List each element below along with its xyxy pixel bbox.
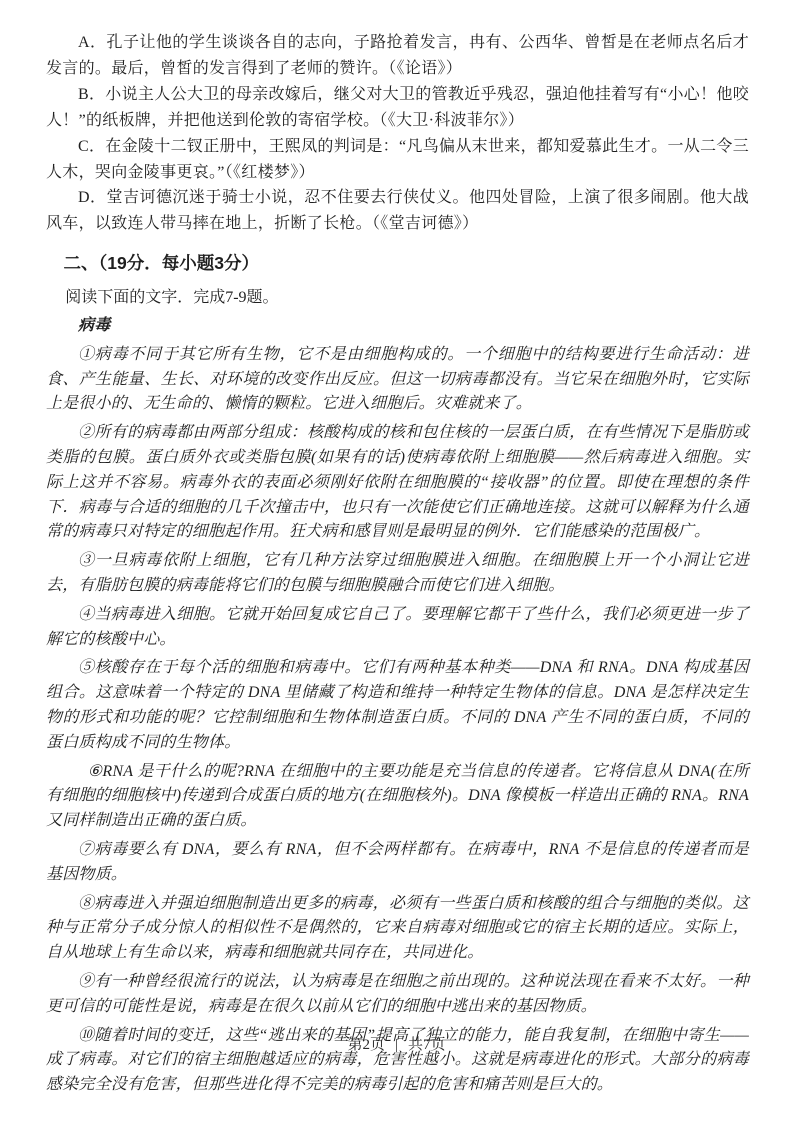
total-pages-label: 共7页 xyxy=(408,1037,446,1053)
multiple-choice-options: A．孔子让他的学生谈谈各自的志向，子路抢着发言，冉有、公西华、曾皙是在老师点名后… xyxy=(46,30,749,237)
page-content: A．孔子让他的学生谈谈各自的志向，子路抢着发言，冉有、公西华、曾皙是在老师点名后… xyxy=(0,0,793,1098)
exam-paper-page: A．孔子让他的学生谈谈各自的志向，子路抢着发言，冉有、公西华、曾皙是在老师点名后… xyxy=(0,0,793,1122)
section-heading: 二、（19分．每小题3分） xyxy=(46,250,749,276)
passage-paragraph-5: ⑤核酸存在于每个活的细胞和病毒中。它们有两种基本种类——DNA 和 RNA。DN… xyxy=(46,656,749,755)
passage-paragraph-4: ④当病毒进入细胞。它就开始回复成它自己了。要理解它都干了些什么，我们必须更进一步… xyxy=(46,603,749,653)
option-a: A．孔子让他的学生谈谈各自的志向，子路抢着发言，冉有、公西华、曾皙是在老师点名后… xyxy=(46,30,749,82)
passage-paragraph-1: ①病毒不同于其它所有生物，它不是由细胞构成的。一个细胞中的结构要进行生命活动：进… xyxy=(46,343,749,417)
current-page-label: 第2页 xyxy=(347,1037,385,1053)
option-d: D．堂吉诃德沉迷于骑士小说，忍不住要去行侠仗义。他四处冒险，上演了很多闹剧。他大… xyxy=(46,185,749,237)
passage-title: 病毒 xyxy=(46,314,749,339)
footer-separator: | xyxy=(395,1037,398,1053)
passage-paragraph-8: ⑧病毒进入并强迫细胞制造出更多的病毒，必须有一些蛋白质和核酸的组合与细胞的类似。… xyxy=(46,892,749,966)
passage-paragraph-2: ②所有的病毒都由两部分组成：核酸构成的核和包住核的一层蛋白质，在有些情况下是脂肪… xyxy=(46,421,749,545)
reading-instruction: 阅读下面的文字．完成7-9题。 xyxy=(46,285,749,311)
passage-paragraph-7: ⑦病毒要么有 DNA，要么有 RNA，但不会两样都有。在病毒中，RNA 不是信息… xyxy=(46,838,749,888)
passage-paragraph-3: ③一旦病毒依附上细胞，它有几种方法穿过细胞膜进入细胞。在细胞膜上开一个小洞让它进… xyxy=(46,549,749,599)
option-c: C．在金陵十二钗正册中，王熙凤的判词是：“凡鸟偏从末世来，都知爱慕此生才。一从二… xyxy=(46,134,749,186)
passage-paragraph-9: ⑨有一种曾经很流行的说法，认为病毒是在细胞之前出现的。这种说法现在看来不太好。一… xyxy=(46,970,749,1020)
option-b: B．小说主人公大卫的母亲改嫁后，继父对大卫的管教近乎残忍，强迫他挂着写有“小心！… xyxy=(46,82,749,134)
reading-passage: 病毒 ①病毒不同于其它所有生物，它不是由细胞构成的。一个细胞中的结构要进行生命活… xyxy=(46,314,749,1098)
page-footer: 第2页|共7页 xyxy=(0,1033,793,1054)
passage-paragraph-6: ⑥RNA 是干什么的呢?RNA 在细胞中的主要功能是充当信息的传递者。它将信息从… xyxy=(46,760,749,834)
